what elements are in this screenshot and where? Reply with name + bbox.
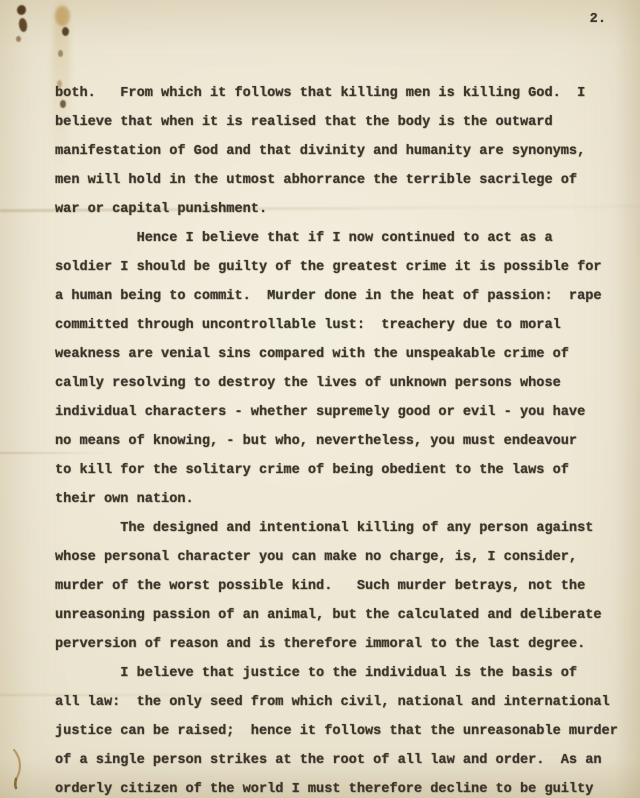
typed-line: The designed and intentional killing of … bbox=[55, 514, 635, 543]
typed-line: soldier I should be guilty of the greate… bbox=[55, 253, 635, 282]
typed-line: both. From which it follows that killing… bbox=[55, 79, 635, 108]
typed-line: no means of knowing, - but who, neverthe… bbox=[55, 427, 635, 456]
typed-line: believe that when it is realised that th… bbox=[55, 108, 635, 137]
typed-line: justice can be raised; hence it follows … bbox=[55, 717, 635, 746]
typed-line: a human being to commit. Murder done in … bbox=[55, 282, 635, 311]
ink-stain bbox=[16, 4, 27, 16]
typed-text-block: both. From which it follows that killing… bbox=[55, 79, 635, 798]
typed-line: whose personal character you can make no… bbox=[55, 543, 635, 572]
typed-line: murder of the worst possible kind. Such … bbox=[55, 572, 635, 601]
typed-line: their own nation. bbox=[55, 485, 635, 514]
typed-line: of a single person strikes at the root o… bbox=[55, 746, 635, 775]
typed-line: to kill for the solitary crime of being … bbox=[55, 456, 635, 485]
ink-stain bbox=[18, 18, 28, 33]
typed-line: men will hold in the utmost abhorrance t… bbox=[55, 166, 635, 195]
typed-line: calmly resolving to destroy the lives of… bbox=[55, 369, 635, 398]
pen-mark bbox=[4, 746, 32, 798]
typed-line: weakness are venial sins compared with t… bbox=[55, 340, 635, 369]
ink-stain bbox=[58, 50, 63, 57]
ink-stain bbox=[16, 36, 21, 42]
document-page: 2. both. From which it follows that kill… bbox=[0, 0, 640, 798]
typed-line: perversion of reason and is therefore im… bbox=[55, 630, 635, 659]
typed-line: war or capital punishment. bbox=[55, 195, 635, 224]
typed-line: unreasoning passion of an animal, but th… bbox=[55, 601, 635, 630]
typed-line: committed through uncontrollable lust: t… bbox=[55, 311, 635, 340]
typed-line: all law: the only seed from which civil,… bbox=[55, 688, 635, 717]
typed-line: Hence I believe that if I now continued … bbox=[55, 224, 635, 253]
typed-line: manifestation of God and that divinity a… bbox=[55, 137, 635, 166]
typed-line: individual characters - whether supremel… bbox=[55, 398, 635, 427]
page-number: 2. bbox=[590, 12, 606, 27]
ink-stain bbox=[55, 6, 70, 26]
ink-stain bbox=[62, 27, 69, 36]
typed-line: orderly citizen of the world I must ther… bbox=[55, 775, 635, 798]
typed-line: I believe that justice to the individual… bbox=[55, 659, 635, 688]
